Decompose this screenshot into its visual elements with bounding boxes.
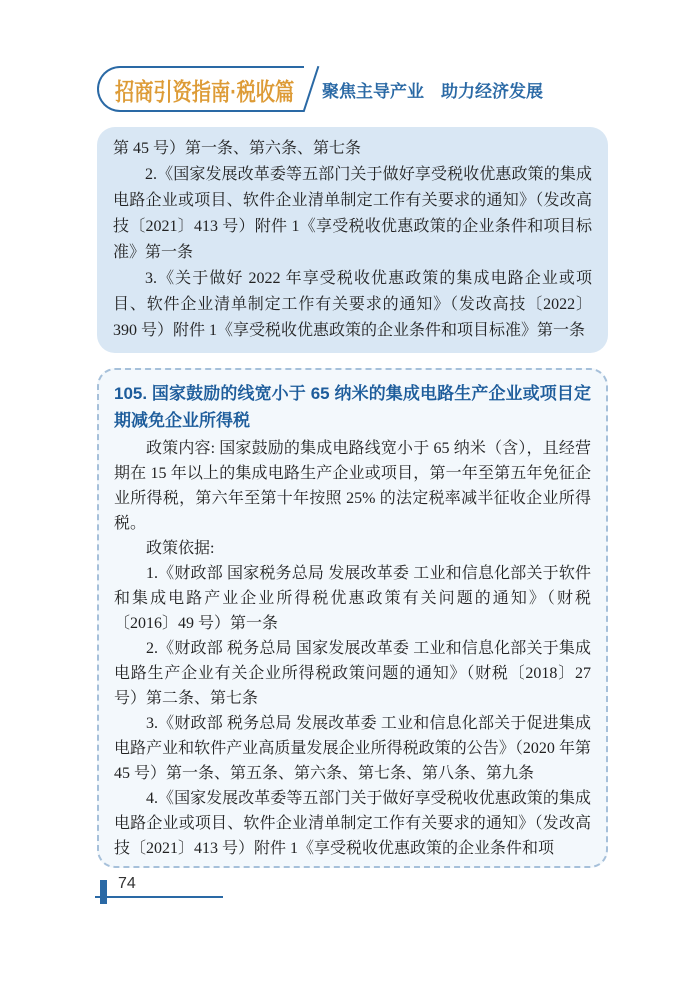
footer-accent-bar (100, 880, 107, 904)
policy-basis-label: 政策依据: (114, 536, 591, 561)
policy-105-box: 105. 国家鼓励的线宽小于 65 纳米的集成电路生产企业或项目定期减免企业所得… (97, 368, 608, 868)
policy-basis-item: 2.《财政部 税务总局 国家发展改革委 工业和信息化部关于集成电路生产企业有关企… (114, 636, 591, 711)
continuation-line: 第 45 号）第一条、第六条、第七条 (113, 136, 592, 162)
policy-basis-continuation-box: 第 45 号）第一条、第六条、第七条 2.《国家发展改革委等五部门关于做好享受税… (97, 127, 608, 353)
header-tagline: 聚焦主导产业 助力经济发展 (322, 77, 543, 102)
page-number: 74 (118, 875, 136, 893)
slash-divider-icon (303, 66, 320, 112)
policy-basis-item: 1.《财政部 国家税务总局 发展改革委 工业和信息化部关于软件和集成电路产业企业… (114, 561, 591, 636)
policy-basis-item: 4.《国家发展改革委等五部门关于做好享受税收优惠政策的集成电路企业或项目、软件企… (114, 786, 591, 861)
policy-content-paragraph: 政策内容: 国家鼓励的集成电路线宽小于 65 纳米（含），且经营期在 15 年以… (114, 436, 591, 536)
header-badge: 招商引资指南·税收篇 (97, 66, 304, 112)
page-header: 招商引资指南·税收篇 聚焦主导产业 助力经济发展 (97, 66, 543, 112)
policy-basis-item: 3.《财政部 税务总局 发展改革委 工业和信息化部关于促进集成电路产业和软件产业… (114, 711, 591, 786)
header-badge-title: 招商引资指南·税收篇 (115, 72, 294, 107)
policy-basis-item: 2.《国家发展改革委等五部门关于做好享受税收优惠政策的集成电路企业或项目、软件企… (113, 162, 592, 266)
policy-basis-item: 3.《关于做好 2022 年享受税收优惠政策的集成电路企业或项目、软件企业清单制… (113, 266, 592, 344)
document-page: 招商引资指南·税收篇 聚焦主导产业 助力经济发展 第 45 号）第一条、第六条、… (0, 0, 700, 984)
policy-105-title: 105. 国家鼓励的线宽小于 65 纳米的集成电路生产企业或项目定期减免企业所得… (114, 380, 591, 434)
footer-rule (95, 896, 223, 898)
